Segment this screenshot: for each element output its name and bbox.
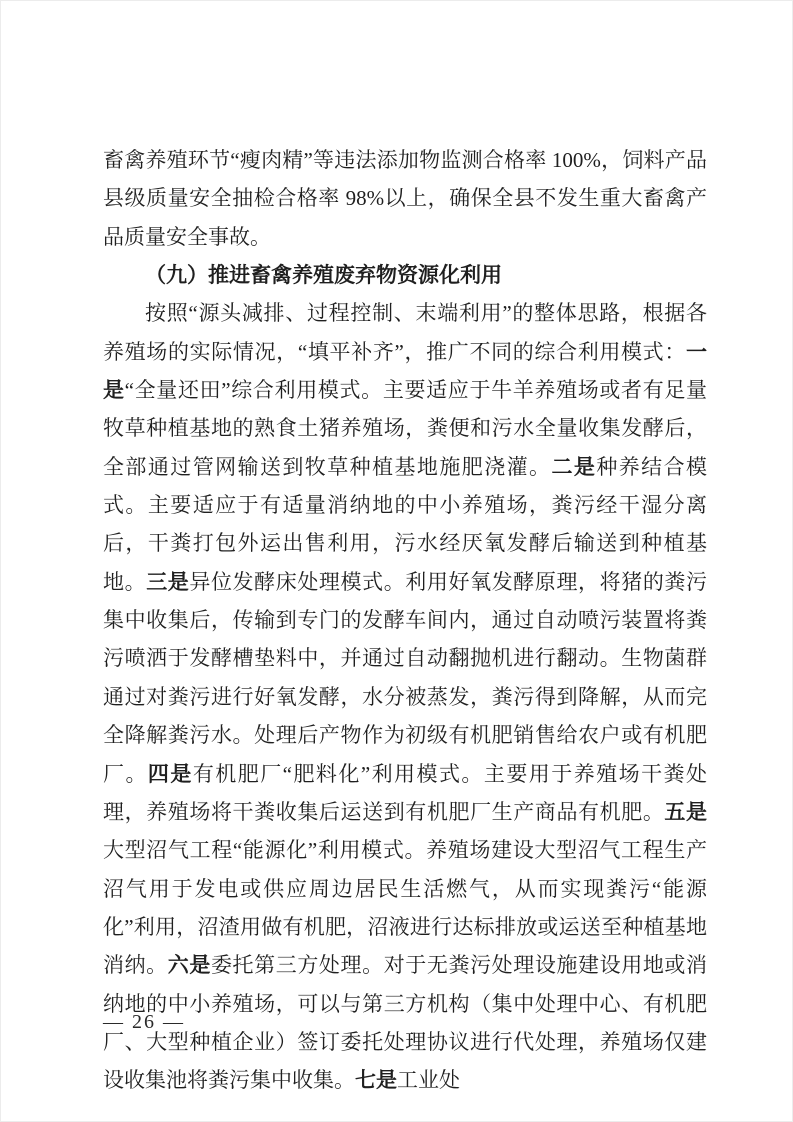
text-run: 畜禽养殖环节“瘦肉精”等违法添加物监测合格率 100%，饲料产品县级质量安全抽检… — [103, 148, 707, 249]
bold-text-run: （九）推进畜禽养殖废弃物资源化利用 — [145, 263, 502, 287]
text-run: 按照“源头减排、过程控制、末端利用”的整体思路，根据各养殖场的实际情况，“填平补… — [103, 301, 707, 363]
document-body: 畜禽养殖环节“瘦肉精”等违法添加物监测合格率 100%，饲料产品县级质量安全抽检… — [103, 141, 707, 1100]
bold-text-run: 四是 — [148, 762, 193, 786]
bold-text-run: 六是 — [168, 953, 211, 977]
bold-text-run: 三是 — [146, 570, 189, 594]
bold-text-run: 二是 — [551, 455, 596, 479]
bold-text-run: 七是 — [355, 1068, 397, 1092]
page-number: — 26 — — [103, 1008, 185, 1036]
section-heading: （九）推进畜禽养殖废弃物资源化利用 — [103, 256, 707, 294]
continuation-paragraph: 畜禽养殖环节“瘦肉精”等违法添加物监测合格率 100%，饲料产品县级质量安全抽检… — [103, 141, 707, 256]
text-run: 工业处 — [397, 1068, 460, 1092]
main-paragraph: 按照“源头减排、过程控制、末端利用”的整体思路，根据各养殖场的实际情况，“填平补… — [103, 294, 707, 1099]
text-run: 异位发酵床处理模式。利用好氧发酵原理，将猪的粪污集中收集后，传输到专门的发酵车间… — [103, 570, 707, 786]
bold-text-run: 五是 — [664, 800, 707, 824]
document-page: 畜禽养殖环节“瘦肉精”等违法添加物监测合格率 100%，饲料产品县级质量安全抽检… — [0, 0, 793, 1122]
text-run: 有机肥厂“肥料化”利用模式。主要用于养殖场干粪处理，养殖场将干粪收集后运送到有机… — [103, 762, 707, 824]
